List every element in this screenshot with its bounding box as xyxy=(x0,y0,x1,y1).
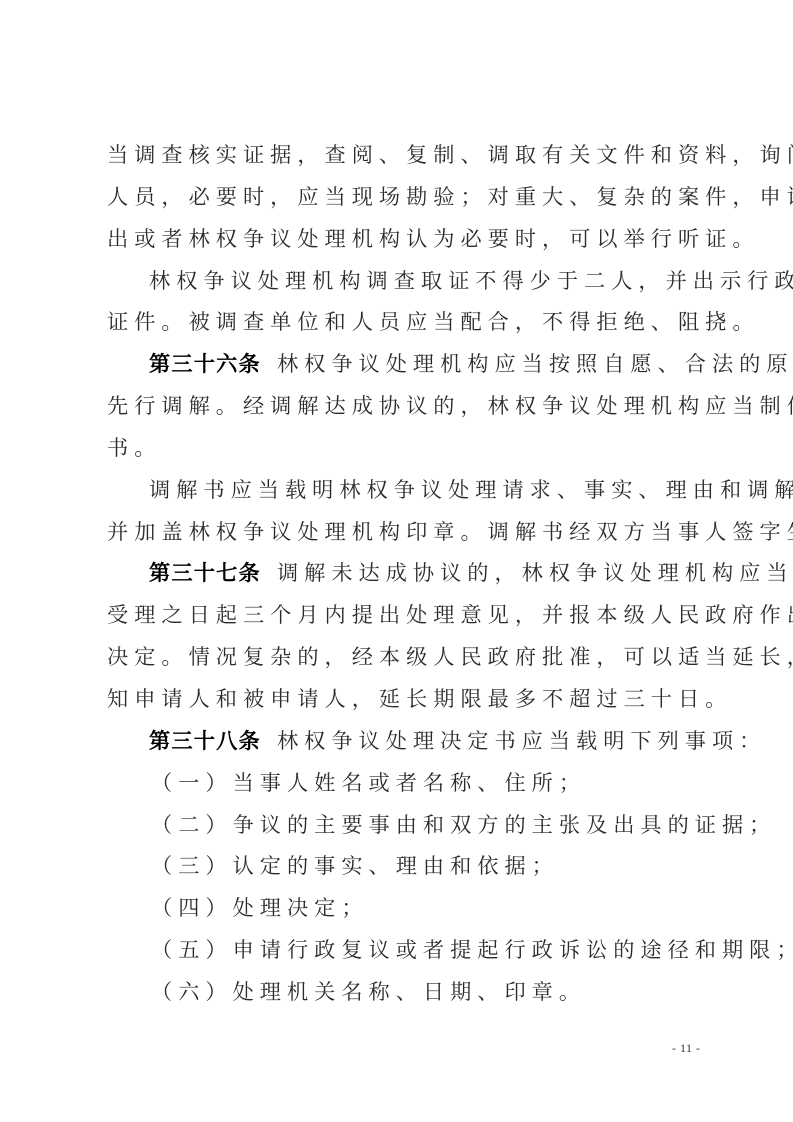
text-line: 人员，必要时，应当现场勘验；对重大、复杂的案件，申请人提 xyxy=(107,176,707,218)
article-text: 调解未达成协议的，林权争议处理机构应当自 xyxy=(277,560,793,585)
article-text: 林权争议处理决定书应当载明下列事项： xyxy=(277,728,766,753)
text-line: 先行调解。经调解达成协议的，林权争议处理机构应当制作调解 xyxy=(107,385,707,427)
document-body: 当调查核实证据，查阅、复制、调取有关文件和资料，询问有关 人员，必要时，应当现场… xyxy=(107,134,707,1013)
list-item: （四）处理决定； xyxy=(107,887,707,929)
article-text: 林权争议处理机构应当按照自愿、合法的原则 xyxy=(277,351,793,376)
list-item: （五）申请行政复议或者提起行政诉讼的途径和期限； xyxy=(107,929,707,971)
article-number: 第三十六条 xyxy=(149,351,261,376)
document-page: 当调查核实证据，查阅、复制、调取有关文件和资料，询问有关 人员，必要时，应当现场… xyxy=(0,0,793,1122)
text-line: 当调查核实证据，查阅、复制、调取有关文件和资料，询问有关 xyxy=(107,134,707,176)
text-line: 调解书应当载明林权争议处理请求、事实、理由和调解结果， xyxy=(107,469,707,511)
list-item: （六）处理机关名称、日期、印章。 xyxy=(107,971,707,1013)
article-38-heading-line: 第三十八条林权争议处理决定书应当载明下列事项： xyxy=(107,720,707,762)
list-item: （三）认定的事实、理由和依据； xyxy=(107,845,707,887)
text-line: 书。 xyxy=(107,427,707,469)
article-number: 第三十八条 xyxy=(149,728,261,753)
text-line: 出或者林权争议处理机构认为必要时，可以举行听证。 xyxy=(107,218,707,260)
page-number: - 11 - xyxy=(672,1041,701,1056)
list-item: （一）当事人姓名或者名称、住所； xyxy=(107,762,707,804)
text-line: 林权争议处理机构调查取证不得少于二人，并出示行政执法 xyxy=(107,260,707,302)
text-line: 决定。情况复杂的，经本级人民政府批准，可以适当延长，并告 xyxy=(107,636,707,678)
article-number: 第三十七条 xyxy=(149,560,261,585)
text-line: 知申请人和被申请人，延长期限最多不超过三十日。 xyxy=(107,678,707,720)
text-line: 受理之日起三个月内提出处理意见，并报本级人民政府作出处理 xyxy=(107,594,707,636)
list-item: （二）争议的主要事由和双方的主张及出具的证据； xyxy=(107,804,707,846)
article-37-heading-line: 第三十七条调解未达成协议的，林权争议处理机构应当自 xyxy=(107,552,707,594)
text-line: 并加盖林权争议处理机构印章。调解书经双方当事人签字生效。 xyxy=(107,511,707,553)
article-36-heading-line: 第三十六条林权争议处理机构应当按照自愿、合法的原则 xyxy=(107,343,707,385)
text-line: 证件。被调查单位和人员应当配合，不得拒绝、阻挠。 xyxy=(107,301,707,343)
